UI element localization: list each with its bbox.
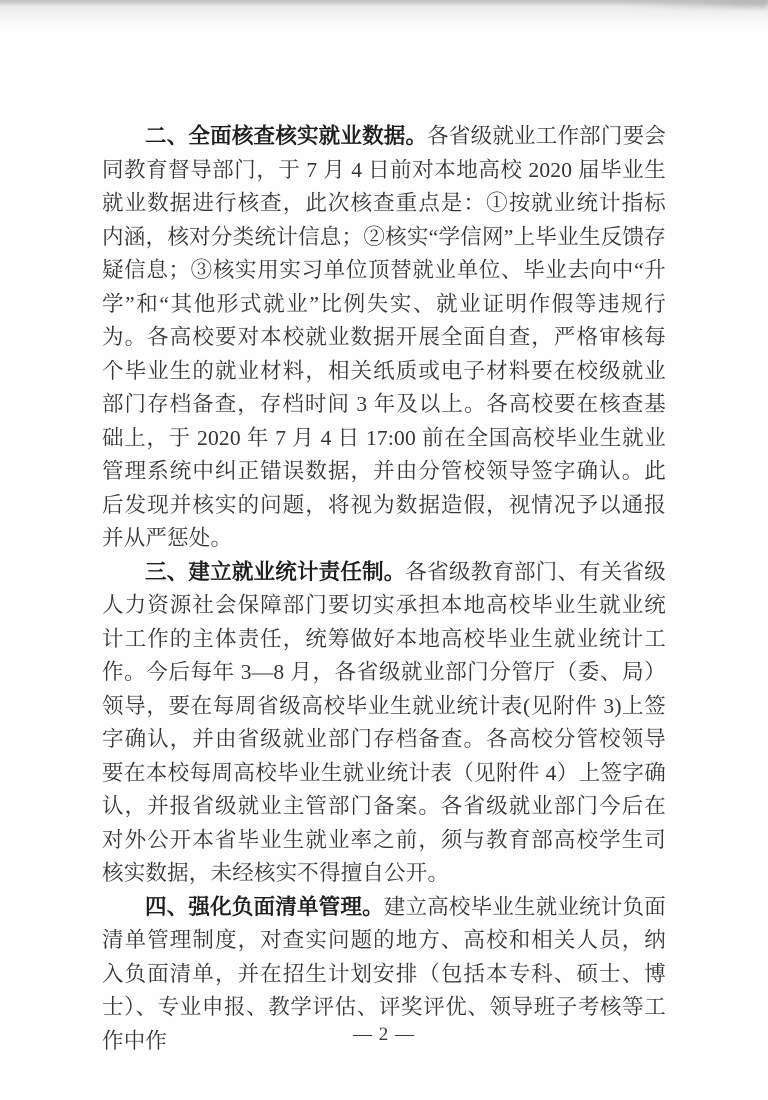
section-3-text: 各省级教育部门、有关省级人力资源社会保障部门要切实承担本地高校毕业生就业统计工作…: [102, 560, 666, 886]
page-number: — 2 —: [0, 1022, 768, 1048]
paragraph-section-3: 三、建立就业统计责任制。各省级教育部门、有关省级人力资源社会保障部门要切实承担本…: [102, 556, 666, 891]
section-4-heading: 四、强化负面清单管理。: [145, 895, 384, 919]
document-body: 二、全面核查核实就业数据。各省级就业工作部门要会同教育督导部门，于 7 月 4 …: [102, 120, 666, 1058]
paragraph-section-2: 二、全面核查核实就业数据。各省级就业工作部门要会同教育督导部门，于 7 月 4 …: [102, 120, 666, 556]
section-2-heading: 二、全面核查核实就业数据。: [145, 124, 427, 148]
section-2-text: 各省级就业工作部门要会同教育督导部门，于 7 月 4 日前对本地高校 2020 …: [102, 124, 666, 550]
scan-edge-shadow: [0, 0, 768, 34]
scanned-document-page: 二、全面核查核实就业数据。各省级就业工作部门要会同教育督导部门，于 7 月 4 …: [0, 0, 768, 1100]
section-3-heading: 三、建立就业统计责任制。: [145, 560, 406, 584]
